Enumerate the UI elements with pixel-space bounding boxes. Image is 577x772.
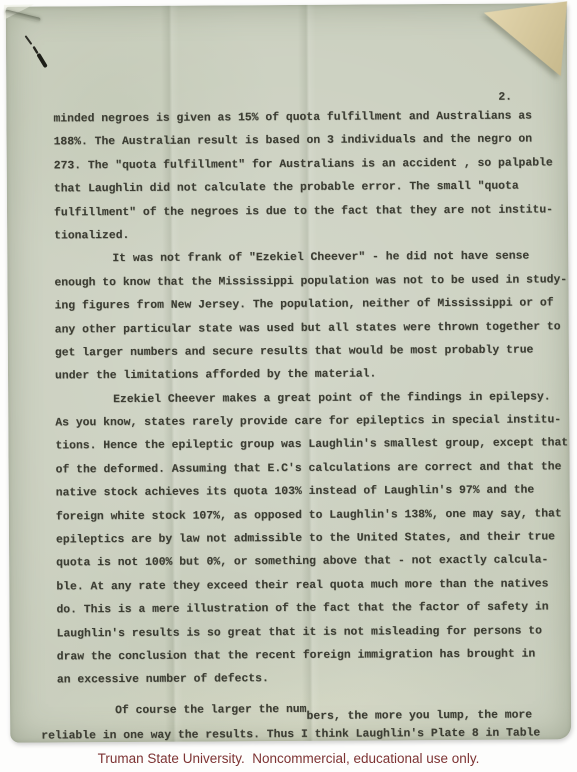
typewritten-line: 188%. The Australian result is based on … xyxy=(54,129,560,155)
folded-corner xyxy=(484,1,570,80)
typewritten-line: of the deformed. Assuming that E.C's cal… xyxy=(56,456,562,482)
typewritten-line: epileptics are by law not admissible to … xyxy=(56,526,562,552)
typewritten-line: any other particular state was used but … xyxy=(55,316,561,342)
page-number: 2. xyxy=(498,92,512,104)
typewritten-line: As you know, states rarely provide care … xyxy=(55,409,561,435)
typewritten-line: do. This is a mere illustration of the f… xyxy=(56,597,562,623)
typewritten-line: tions. Hence the epileptic group was Lau… xyxy=(55,433,561,459)
typewritten-line: Of course the larger the numbers, the mo… xyxy=(57,697,563,723)
typewritten-line: Laughlin's results is so great that it i… xyxy=(57,620,563,646)
typewritten-line: that Laughlin did not calculate the prob… xyxy=(54,176,560,202)
folded-corner-triangle xyxy=(484,1,570,80)
typewritten-line: under the limitations afforded by the ma… xyxy=(55,363,561,389)
line-fragment: Of course the larger the num xyxy=(115,704,306,717)
typewritten-line: It was not frank of "Ezekiel Cheever" - … xyxy=(54,246,560,272)
typewritten-line: minded negroes is given as 15% of quota … xyxy=(53,105,559,131)
typewritten-line: ing figures from New Jersey. The populat… xyxy=(55,292,561,318)
typewritten-line: foreign white stock 107%, as opposed to … xyxy=(56,503,562,529)
typewritten-line: 273. The "quota fulfillment" for Austral… xyxy=(54,152,560,178)
credit-line: Truman State University. Noncommercial, … xyxy=(0,751,577,766)
typewritten-line: Ezekiel Cheever makes a great point of t… xyxy=(55,386,561,412)
typewritten-line: ble. At any rate they exceed their real … xyxy=(56,573,562,599)
typewritten-line: an excessive number of defects. xyxy=(57,667,563,693)
typewritten-line: native stock achieves its quota 103% ins… xyxy=(56,480,562,506)
pen-mark-icon xyxy=(22,33,52,73)
typewritten-line: quota is not 100% but 0%, or something a… xyxy=(56,550,562,576)
typewritten-line: draw the conclusion that the recent fore… xyxy=(57,643,563,669)
typewritten-lines: minded negroes is given as 15% of quota … xyxy=(53,105,563,749)
typewritten-line: reliable in one way the results. Thus I … xyxy=(41,722,563,749)
scan-viewer: 2. minded negroes is given as 15% of quo… xyxy=(0,0,577,772)
typewritten-line: tionalized. xyxy=(54,222,560,248)
typewritten-line: fulfillment" of the negroes is due to th… xyxy=(54,199,560,225)
typewritten-line: get larger numbers and secure results th… xyxy=(55,339,561,365)
line-fragment-dropped: bers, the more you lump, the more xyxy=(306,709,532,722)
scanned-document: 2. minded negroes is given as 15% of quo… xyxy=(6,3,571,742)
typewritten-line: enough to know that the Mississippi popu… xyxy=(54,269,560,295)
